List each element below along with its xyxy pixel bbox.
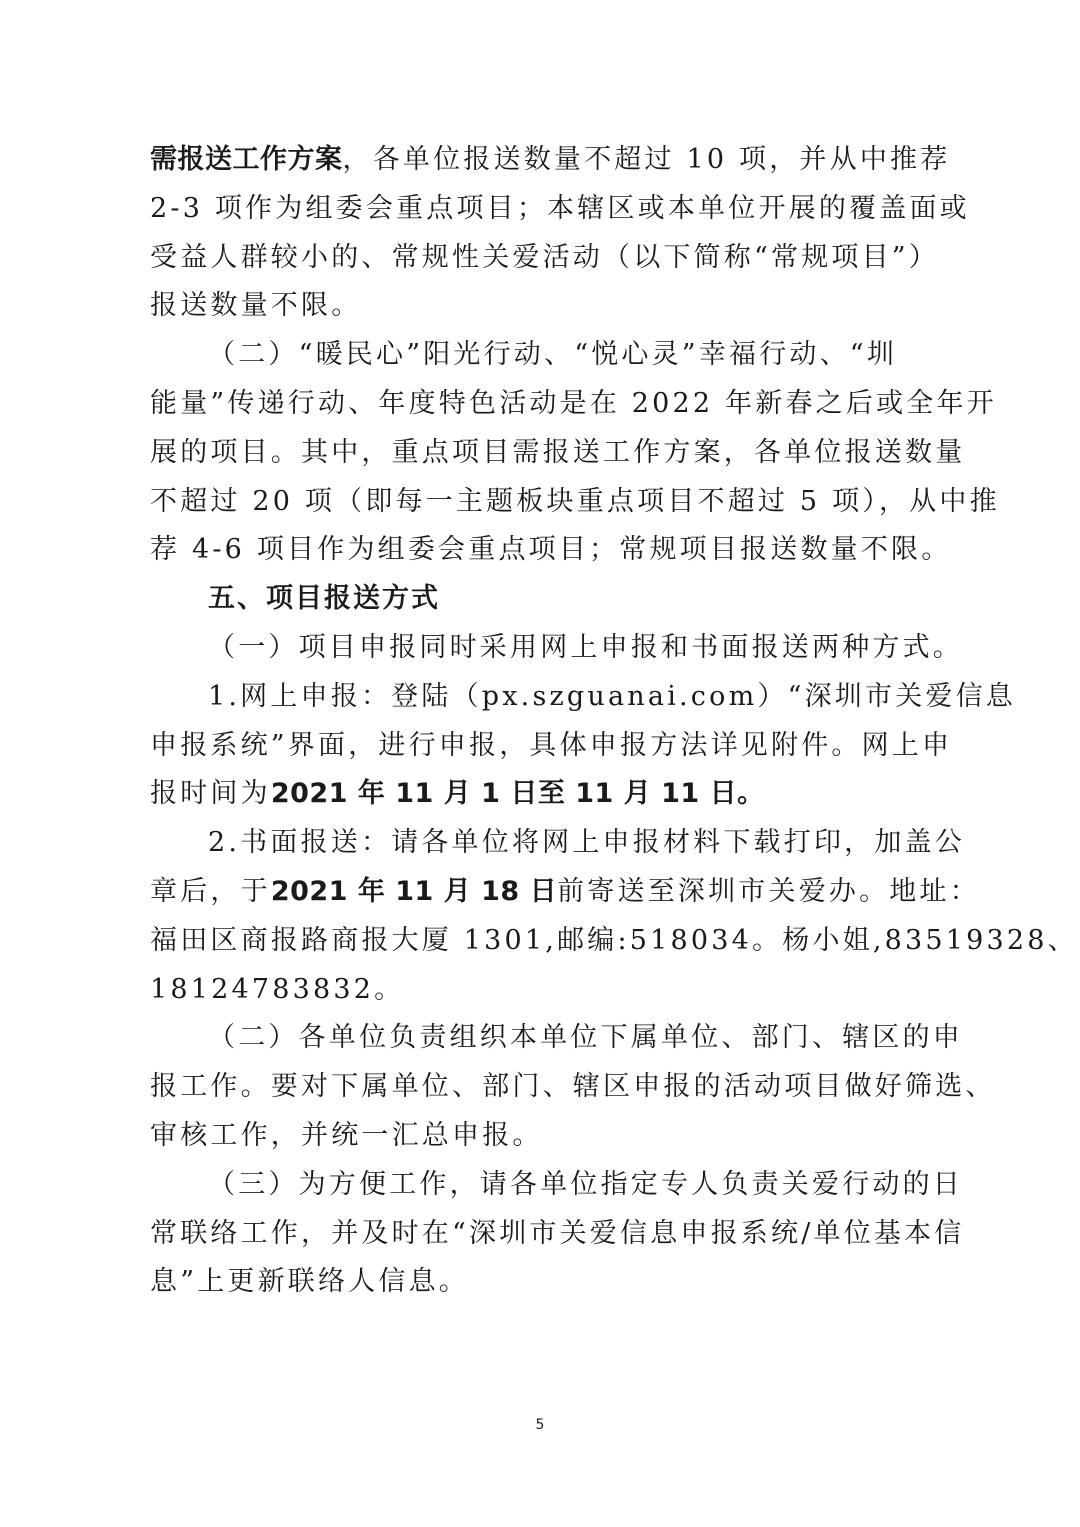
text-line: （二）“暖民心”阳光行动、“悦心灵”幸福行动、“圳 xyxy=(150,331,932,380)
text-line: 能量”传递行动、年度特色活动是在 2022 年新春之后或全年开 xyxy=(150,380,932,429)
paragraph-unit-responsibility: （二）各单位负责组织本单位下属单位、部门、辖区的申 报工作。要对下属单位、部门、… xyxy=(150,1014,932,1160)
text-line: 受益人群较小的、常规性关爱活动（以下简称“常规项目”） xyxy=(150,234,932,283)
text-line: 章后，于2021 年 11 月 18 日前寄送至深圳市关爱办。地址： xyxy=(150,868,932,917)
text-line: 申报系统”界面，进行申报，具体申报方法详见附件。网上申 xyxy=(150,722,932,771)
page-number: 5 xyxy=(0,1417,1080,1433)
text-line: （三）为方便工作，请各单位指定专人负责关爱行动的日 xyxy=(150,1161,932,1210)
text-line: 展的项目。其中，重点项目需报送工作方案，各单位报送数量 xyxy=(150,429,932,478)
paragraph-online-application: 1.网上申报：登陆（px.szguanai.com）“深圳市关爱信息 申报系统”… xyxy=(150,673,932,819)
bold-text: 需报送工作方案 xyxy=(150,144,343,175)
text-line: 报送数量不限。 xyxy=(150,282,932,331)
text-line: 报工作。要对下属单位、部门、辖区申报的活动项目做好筛选、 xyxy=(150,1063,932,1112)
paragraph-submission-methods: （一）项目申报同时采用网上申报和书面报送两种方式。 xyxy=(150,624,932,673)
text-line: 1.网上申报：登陆（px.szguanai.com）“深圳市关爱信息 xyxy=(150,673,932,722)
text-line: 需报送工作方案，各单位报送数量不超过 10 项，并从中推荐 xyxy=(150,136,932,185)
paper-deadline: 2021 年 11 月 18 日 xyxy=(271,876,557,907)
text-line: 荐 4-6 项目作为组委会重点项目；常规项目报送数量不限。 xyxy=(150,526,932,575)
text-line: （一）项目申报同时采用网上申报和书面报送两种方式。 xyxy=(150,624,932,673)
text-line: 2-3 项作为组委会重点项目；本辖区或本单位开展的覆盖面或 xyxy=(150,185,932,234)
text-line: 常联络工作，并及时在“深圳市关爱信息申报系统/单位基本信 xyxy=(150,1210,932,1259)
address-line: 福田区商报路商报大厦 1301,邮编:518034。杨小姐,83519328、 xyxy=(150,917,932,966)
section-heading: 五、项目报送方式 xyxy=(150,575,932,624)
text-line: 2.书面报送：请各单位将网上申报材料下载打印，加盖公 xyxy=(150,819,932,868)
text-line: 审核工作，并统一汇总申报。 xyxy=(150,1112,932,1161)
text-line: 报时间为2021 年 11 月 1 日至 11 月 11 日。 xyxy=(150,770,932,819)
text-line: 不超过 20 项（即每一主题板块重点项目不超过 5 项），从中推 xyxy=(150,478,932,527)
text-line: （二）各单位负责组织本单位下属单位、部门、辖区的申 xyxy=(150,1014,932,1063)
paragraph-paper-submission: 2.书面报送：请各单位将网上申报材料下载打印，加盖公 章后，于2021 年 11… xyxy=(150,819,932,1014)
paragraph-themed-actions: （二）“暖民心”阳光行动、“悦心灵”幸福行动、“圳 能量”传递行动、年度特色活动… xyxy=(150,331,932,575)
paragraph-key-project-limits: 需报送工作方案，各单位报送数量不超过 10 项，并从中推荐 2-3 项作为组委会… xyxy=(150,136,932,331)
online-deadline: 2021 年 11 月 1 日至 11 月 11 日。 xyxy=(271,778,765,809)
document-page: 需报送工作方案，各单位报送数量不超过 10 项，并从中推荐 2-3 项作为组委会… xyxy=(150,136,932,1307)
text-line: 息”上更新联络人信息。 xyxy=(150,1258,932,1307)
phone-line: 18124783832。 xyxy=(150,966,932,1015)
paragraph-contact-person: （三）为方便工作，请各单位指定专人负责关爱行动的日 常联络工作，并及时在“深圳市… xyxy=(150,1161,932,1307)
